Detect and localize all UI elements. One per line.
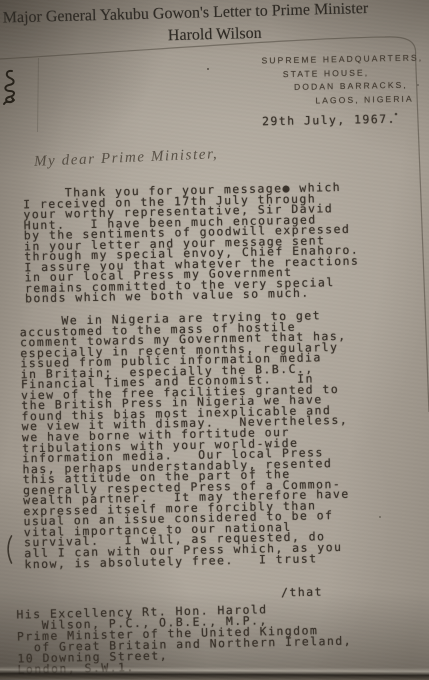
recipient-address: His Excellency Rt. Hon. Harold Wilson, P… — [16, 602, 352, 676]
letterhead: SUPREME HEADQUARTERS,STATE HOUSE,DODAN B… — [261, 51, 424, 108]
continuation-mark: /that — [281, 587, 323, 598]
date-line: 29th July, 1967. — [262, 114, 396, 127]
ink-speck — [379, 516, 381, 518]
caption: Major General Yakubu Gowon's Letter to P… — [0, 0, 429, 51]
handwritten-salutation: My dear Prime Minister, — [34, 146, 219, 171]
body-paragraph-2: We in Nigeria are trying to getaccustome… — [19, 310, 351, 570]
under-sheet-edge — [38, 58, 39, 132]
margin-bracket-mark — [8, 536, 11, 563]
body-paragraph-1: Thank you for your message● whichI recei… — [23, 182, 360, 305]
ink-crest-mark — [4, 71, 14, 104]
ink-speck — [207, 68, 209, 70]
letter-photo: Major General Yakubu Gowon's Letter to P… — [0, 0, 429, 680]
text-line: LAGOS, NIGERIA — [262, 92, 424, 109]
paper-bottom-edge — [0, 666, 429, 680]
text-line: bonds which we both value so much. — [25, 287, 360, 304]
